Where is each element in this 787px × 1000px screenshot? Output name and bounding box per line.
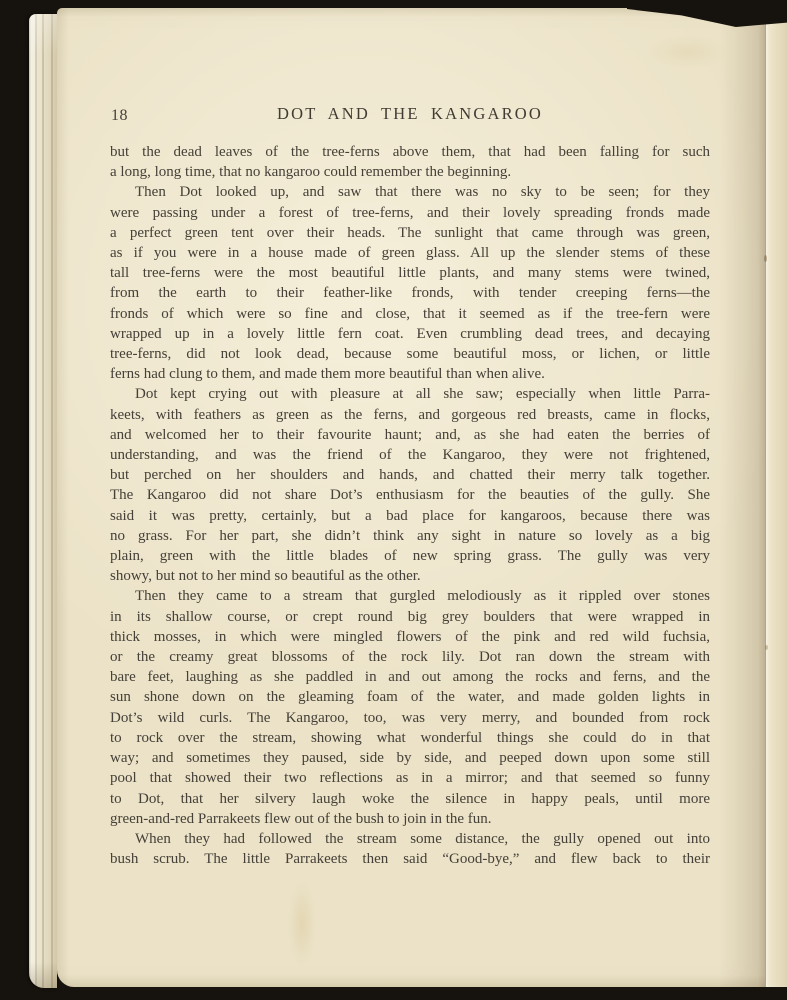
text-line: showy, but not to her mind so beautiful …	[110, 566, 710, 586]
text-line: but perched on her shoulders and hands, …	[110, 465, 710, 485]
text-line: a perfect green tent over their heads. T…	[110, 223, 710, 243]
paragraph: Then Dot looked up, and saw that there w…	[110, 182, 710, 384]
page-edge-stack	[29, 14, 57, 988]
text-line: Dot kept crying out with pleasure at all…	[110, 384, 710, 404]
text-line: fronds of which were so fine and close, …	[110, 304, 710, 324]
page-number: 18	[111, 107, 128, 125]
text-line: said it was pretty, certainly, but a bad…	[110, 506, 710, 526]
text-line: understanding, and was the friend of the…	[110, 445, 710, 465]
printed-content: 18 DOT AND THE KANGAROO but the dead lea…	[110, 104, 710, 869]
text-line: way; and sometimes they paused, side by …	[110, 748, 710, 768]
text-line: The Kangaroo did not share Dot’s enthusi…	[110, 485, 710, 505]
text-line: green-and-red Parrakeets flew out of the…	[110, 809, 710, 829]
text-line: Dot’s wild curls. The Kangaroo, too, was…	[110, 708, 710, 728]
text-line: to rock over the stream, showing what wo…	[110, 728, 710, 748]
page-header: 18 DOT AND THE KANGAROO	[110, 104, 710, 126]
book-page: 18 DOT AND THE KANGAROO but the dead lea…	[57, 8, 787, 987]
text-line: a long, long time, that no kangaroo coul…	[110, 162, 710, 182]
paragraph: Dot kept crying out with pleasure at all…	[110, 384, 710, 586]
paragraph: but the dead leaves of the tree-ferns ab…	[110, 142, 710, 182]
text-line: or the creamy great blossoms of the rock…	[110, 647, 710, 667]
text-line: bare feet, laughing as she paddled in an…	[110, 667, 710, 687]
text-line: plain, green with the little blades of n…	[110, 546, 710, 566]
text-line: ferns had clung to them, and made them m…	[110, 364, 710, 384]
text-line: were passing under a forest of tree-fern…	[110, 203, 710, 223]
text-line: and welcomed her to their favourite haun…	[110, 425, 710, 445]
text-line: wrapped up in a lovely little fern coat.…	[110, 324, 710, 344]
text-line: tall tree-ferns were the most beautiful …	[110, 263, 710, 283]
adjacent-page-sliver	[765, 8, 787, 987]
corner-shadow	[627, 7, 787, 27]
text-line: sun shone down on the gleaming foam of t…	[110, 687, 710, 707]
paragraph: Then they came to a stream that gurgled …	[110, 586, 710, 828]
scanned-book-photo: 18 DOT AND THE KANGAROO but the dead lea…	[0, 0, 787, 1000]
text-line: Then they came to a stream that gurgled …	[110, 586, 710, 606]
text-line: no grass. For her part, she didn’t think…	[110, 526, 710, 546]
text-line: When they had followed the stream some d…	[110, 829, 710, 849]
paragraph: When they had followed the stream some d…	[110, 829, 710, 869]
text-line: Then Dot looked up, and saw that there w…	[110, 182, 710, 202]
text-line: in its shallow course, or crept round bi…	[110, 607, 710, 627]
text-line: pool that showed their two reflections a…	[110, 768, 710, 788]
text-line: as if you were in a house made of green …	[110, 243, 710, 263]
text-line: bush scrub. The little Parrakeets then s…	[110, 849, 710, 869]
text-line: to Dot, that her silvery laugh woke the …	[110, 789, 710, 809]
text-line: keets, with feathers as green as the fer…	[110, 405, 710, 425]
text-line: but the dead leaves of the tree-ferns ab…	[110, 142, 710, 162]
text-line: thick mosses, in which were mingled flow…	[110, 627, 710, 647]
running-title: DOT AND THE KANGAROO	[110, 104, 710, 124]
gutter-shadow	[719, 8, 765, 987]
body-text: but the dead leaves of the tree-ferns ab…	[110, 142, 710, 869]
text-line: tree-ferns, did not look dead, because s…	[110, 344, 710, 364]
text-line: from the earth to their feather-like fro…	[110, 283, 710, 303]
paper-stain	[282, 863, 322, 985]
